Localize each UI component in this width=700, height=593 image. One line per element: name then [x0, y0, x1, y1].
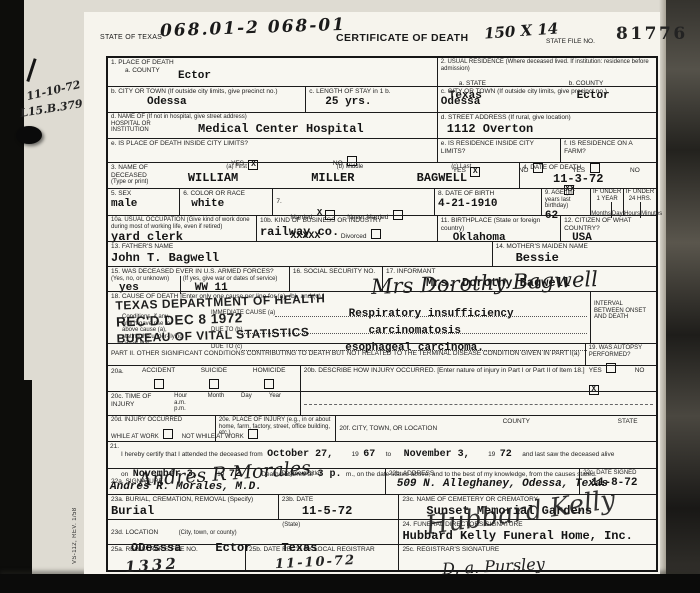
sex-cell: 5. SEX male [108, 189, 179, 215]
state-of-texas-label: STATE OF TEXAS [100, 34, 162, 41]
ssn-cell: 16. SOCIAL SECURITY NO. [289, 267, 382, 291]
informant-cell: 17. INFORMANT Mrs. Dorothy Bagwell Mrs D… [382, 267, 656, 291]
part2-label: PART II. OTHER SIGNIFICANT CONDITIONS CO… [111, 350, 582, 358]
row-city: b. CITY OR TOWN (If outside city limits,… [108, 86, 656, 112]
date-signed-value: 11-8-72 [591, 477, 653, 489]
last-name-value: BAGWELL [417, 171, 516, 185]
physician-typed-name: Andres R. Morales, M.D. [110, 481, 262, 493]
injury-location-cell: 20f. CITY, TOWN, OR LOCATION COUNTY STAT… [335, 416, 656, 441]
residence-city-value: Odessa [441, 96, 653, 108]
row-burial: 23a. BURIAL, CREMATION, REMOVAL (Specify… [108, 494, 656, 519]
form-number: VS-112, REV. 1/58 [72, 478, 78, 564]
race-cell: 6. COLOR OR RACE white [179, 189, 272, 215]
sex-value: male [111, 198, 176, 210]
homicide-checkbox [264, 379, 274, 389]
cemetery-value: Sunset Memorial Gardens [426, 504, 653, 518]
usual-residence-cell: 2. USUAL RESIDENCE (Where deceased lived… [437, 58, 656, 86]
ssn-label: 16. SOCIAL SECURITY NO. [293, 268, 379, 276]
race-value: white [191, 198, 269, 210]
row-20d-20f: 20d. INJURY OCCURRED WHILE AT WORK NOT W… [108, 415, 656, 441]
row-part2-autopsy: PART II. OTHER SIGNIFICANT CONDITIONS CO… [108, 343, 656, 365]
autopsy-cell: 19. WAS AUTOPSY PERFORMED? YES NO X [585, 344, 656, 365]
registrar-date-value: 11-10-72 [275, 550, 396, 571]
race-label: 6. COLOR OR RACE [183, 190, 269, 198]
scan-black-edge-bottom [0, 574, 700, 593]
address-label: 22b. ADDRESS [389, 470, 577, 478]
first-name-value: WILLIAM [188, 171, 293, 185]
row-name: 3. NAME OF DECEASED (Type or print) (a) … [108, 162, 656, 188]
length-of-stay-cell: c. LENGTH OF STAY in 1 b. 25 yrs. [305, 87, 437, 112]
residence-city-limits-cell: e. IS RESIDENCE INSIDE CITY LIMITS? YES … [437, 139, 560, 162]
funeral-director-cell: 24. FUNERAL DIRECTORS SIGNATURE Hubbard … [398, 520, 656, 544]
industry-cell: 10b. KIND OF BUSINESS OR INDUSTRY railwa… [256, 216, 437, 241]
date-of-birth-label: 8. DATE OF BIRTH [438, 190, 538, 198]
burial-date-value: 11-5-72 [302, 504, 396, 518]
cemetery-label: 23c. NAME OF CEMETERY OR CREMATORY [402, 496, 653, 504]
row-military-informant: 15. WAS DECEASED EVER IN U.S. ARMED FORC… [108, 266, 656, 291]
burial-value: Burial [111, 504, 275, 518]
injury-20c-label: 20c. TIME OF INJURY [111, 393, 174, 414]
injury-20e-label: 20e. PLACE OF INJURY (e.g., in or about … [219, 417, 333, 437]
mother-name-label: 14. MOTHER'S MAIDEN NAME [496, 243, 653, 251]
registrar-signature-cell: 25c. REGISTRAR'S SIGNATURE D. a. Pursley [398, 545, 656, 570]
physician-signature-cell: 22a. SIGNATURE (Degree or title) Andres … [108, 469, 385, 494]
informant-value: Mrs. Dorothy Bagwell [426, 276, 653, 290]
date-of-death-label: 4. DATE OF DEATH [523, 164, 653, 172]
father-name-value: John T. Bagwell [111, 251, 489, 265]
attended-to-date: November 3, [404, 449, 470, 460]
physician-address-value: 509 N. Alleghaney, Odessa, Texas [397, 478, 577, 490]
year-label: Year [269, 393, 297, 414]
injury-county-label: COUNTY [503, 418, 530, 426]
injury-20b-label: 20b. DESCRIBE HOW INJURY OCCURRED. [Ente… [304, 367, 653, 375]
place-of-injury-cell: 20e. PLACE OF INJURY (e.g., in or about … [215, 416, 336, 441]
how-injury-occurred-cell: 20b. DESCRIBE HOW INJURY OCCURRED. [Ente… [300, 366, 656, 391]
burial-cell: 23a. BURIAL, CREMATION, REMOVAL (Specify… [108, 495, 278, 519]
age-cell: 9. AGE (In years last birthday) 62 [541, 189, 590, 215]
registrar-file-cell: 25a. REGISTRAR'S FILE NO. 1332 [108, 545, 245, 570]
residence-city-cell: c. CITY OR TOWN (If outside city limits,… [437, 87, 656, 112]
citizen-label: 12. CITIZEN OF WHAT COUNTRY? [564, 217, 653, 232]
death-city-limits-cell: e. IS PLACE OF DEATH INSIDE CITY LIMITS?… [108, 139, 437, 162]
injury-continuation-cell [300, 392, 656, 415]
death-city-limits-label: e. IS PLACE OF DEATH INSIDE CITY LIMITS? [111, 140, 434, 148]
while-at-work-checkbox [163, 429, 173, 439]
hospital-value: Medical Center Hospital [198, 122, 364, 136]
father-name-label: 13. FATHER'S NAME [111, 243, 489, 251]
armed-forces-cell: 15. WAS DECEASED EVER IN U.S. ARMED FORC… [108, 267, 289, 291]
name-of-deceased-label: 3. NAME OF DECEASED [111, 164, 180, 179]
punch-hole [16, 126, 42, 144]
occupation-label: 10a. USUAL OCCUPATION (Give kind of work… [111, 217, 253, 230]
burial-date-cell: 23b. DATE 11-5-72 [278, 495, 399, 519]
blank-answer-line [304, 403, 653, 405]
usual-residence-label: 2. USUAL RESIDENCE (Where deceased lived… [441, 59, 653, 72]
under-1-year-label: IF UNDER 1 YEAR [591, 189, 623, 202]
age-label: 9. AGE (In years last birthday) [545, 190, 587, 210]
row-physician: 22a. SIGNATURE (Degree or title) Andres … [108, 468, 656, 494]
row-parents: 13. FATHER'S NAME John T. Bagwell 14. MO… [108, 241, 656, 266]
informant-label: 17. INFORMANT [386, 268, 653, 276]
row-20c: 20c. TIME OF INJURY Hour a.m. p.m. Month… [108, 391, 656, 415]
length-of-stay-value: 25 yrs. [325, 96, 434, 108]
occupation-cell: 10a. USUAL OCCUPATION (Give kind of work… [108, 216, 256, 241]
form-table: 1. PLACE OF DEATH a. COUNTY Ector 2. USU… [106, 56, 658, 572]
homicide-label: HOMICIDE [242, 367, 297, 375]
county-value: Ector [178, 70, 211, 82]
attended-from-year: 67 [363, 449, 375, 460]
length-of-stay-label: c. LENGTH OF STAY in 1 b. [309, 88, 434, 96]
row-city-limits: e. IS PLACE OF DEATH INSIDE CITY LIMITS?… [108, 138, 656, 162]
interval-label: INTERVAL BETWEEN ONSET AND DEATH [594, 301, 653, 321]
received-stamp: TEXAS DEPARTMENT OF HEALTH REC'D DEC 8 1… [115, 291, 326, 345]
cause-of-death-cell: 18. CAUSE OF DEATH [Enter only one cause… [108, 292, 590, 343]
county-label: a. COUNTY [125, 67, 434, 75]
date-of-birth-value: 4-21-1910 [438, 198, 538, 210]
death-city-cell: b. CITY OR TOWN (If outside city limits,… [108, 87, 305, 112]
degree-or-title-label: (Degree or title) [280, 471, 322, 478]
form-header: STATE OF TEXAS 068.01-2 068-01 CERTIFICA… [84, 12, 660, 56]
row-sex-race: 5. SEX male 6. COLOR OR RACE white 7. Ma… [108, 188, 656, 215]
street-address-label: d. STREET ADDRESS (If rural, give locati… [441, 114, 653, 122]
death-city-label: b. CITY OR TOWN (If outside city limits,… [111, 88, 302, 96]
paper-edge-shadow [659, 0, 666, 578]
scanned-death-certificate: 11-10-72 L15.B.379 TEXAS DEPARTMENT OF H… [0, 0, 700, 593]
mother-name-value: Bessie [516, 251, 653, 265]
place-of-death-label: 1. PLACE OF DEATH [111, 59, 434, 67]
certification-cell: 21. I hereby certify that I attended the… [108, 442, 656, 468]
suicide-checkbox [209, 379, 219, 389]
injury-state-label: STATE [618, 418, 638, 426]
autopsy-label: 19. WAS AUTOPSY PERFORMED? [589, 345, 653, 358]
row-hospital: d. NAME OF (If not in hospital, give str… [108, 112, 656, 138]
row-cause-of-death: 18. CAUSE OF DEATH [Enter only one cause… [108, 291, 656, 343]
burial-label: 23a. BURIAL, CREMATION, REMOVAL (Specify… [111, 496, 275, 504]
street-address-value: 1112 Overton [447, 122, 653, 136]
row-certification: 21. I hereby certify that I attended the… [108, 441, 656, 468]
handwritten-district-codes: 068.01-2 068-01 [160, 15, 347, 41]
interval-cell: INTERVAL BETWEEN ONSET AND DEATH [590, 292, 656, 343]
row-location-funeral: 23d. LOCATION (City, town, or county) (S… [108, 519, 656, 544]
armed-forces-label: 15. WAS DECEASED EVER IN U.S. ARMED FORC… [111, 268, 286, 276]
funeral-home-value: Hubbard Kelly Funeral Home, Inc. [402, 529, 653, 543]
date-signed-cell: 22c. DATE SIGNED 11-8-72 [579, 469, 656, 494]
accident-checkbox [154, 379, 164, 389]
physician-address-cell: 22b. ADDRESS 509 N. Alleghaney, Odessa, … [385, 469, 580, 494]
injury-occurred-cell: 20d. INJURY OCCURRED WHILE AT WORK NOT W… [108, 416, 215, 441]
row-registrar: 25a. REGISTRAR'S FILE NO. 1332 25b. DATE… [108, 544, 656, 570]
certificate-title: CERTIFICATE OF DEATH [336, 32, 468, 44]
sex-label: 5. SEX [111, 190, 176, 198]
birthplace-label: 11. BIRTHPLACE (State or foreign country… [441, 217, 557, 232]
row-place-residence: 1. PLACE OF DEATH a. COUNTY Ector 2. USU… [108, 58, 656, 86]
registrar-date-cell: 25b. DATE REC'D BY LOCAL REGISTRAR 11-10… [245, 545, 398, 570]
due-to-b-value: carcinomatosis [369, 325, 461, 337]
burial-date-label: 23b. DATE [282, 496, 396, 504]
row-occupation: 10a. USUAL OCCUPATION (Give kind of work… [108, 215, 656, 241]
residence-city-label: c. CITY OR TOWN (If outside city limits,… [441, 88, 653, 96]
middle-name-value: MILLER [311, 171, 406, 185]
funeral-director-label: 24. FUNERAL DIRECTORS SIGNATURE [402, 521, 653, 529]
time-of-injury-cell: 20c. TIME OF INJURY Hour a.m. p.m. Month… [108, 392, 300, 415]
suicide-label: SUICIDE [186, 367, 241, 375]
certificate-form: STATE OF TEXAS 068.01-2 068-01 CERTIFICA… [84, 12, 660, 574]
marital-label: 7. [276, 198, 281, 205]
industry-value: railway co. [260, 225, 434, 239]
if-under-24-hrs-cell: IF UNDER 24 HRS. Hours Minutes [623, 189, 656, 215]
deceased-name-cell: 3. NAME OF DECEASED (Type or print) (a) … [108, 163, 519, 188]
date-of-death-cell: 4. DATE OF DEATH 11-3-72 [519, 163, 656, 188]
injury-20d-label: 20d. INJURY OCCURRED [111, 417, 212, 424]
accident-label: ACCIDENT [131, 367, 186, 375]
injury-20a-label: 20a. [111, 368, 124, 376]
part2-cell: PART II. OTHER SIGNIFICANT CONDITIONS CO… [108, 344, 585, 365]
month-label: Month [208, 393, 241, 414]
burial-location-cell: 23d. LOCATION (City, town, or county) (S… [108, 520, 398, 544]
father-name-cell: 13. FATHER'S NAME John T. Bagwell [108, 242, 492, 266]
accident-suicide-homicide-cell: 20a. ACCIDENT SUICIDE HOMICIDE [108, 366, 300, 391]
attended-from-date: October 27, [267, 449, 333, 460]
marital-status-cell: 7. Married X Never Married XXXXX Divorce… [272, 189, 434, 215]
date-of-birth-cell: 8. DATE OF BIRTH 4-21-1910 [434, 189, 541, 215]
state-file-number: 81776 [616, 24, 688, 44]
hospital-cell: d. NAME OF (If not in hospital, give str… [108, 113, 437, 138]
death-city-value: Odessa [147, 96, 302, 108]
cemetery-cell: 23c. NAME OF CEMETERY OR CREMATORY Sunse… [398, 495, 656, 519]
industry-label: 10b. KIND OF BUSINESS OR INDUSTRY [260, 217, 434, 225]
if-under-1-year-cell: IF UNDER 1 YEAR Months Days [590, 189, 623, 215]
row-20a-20b: 20a. ACCIDENT SUICIDE HOMICIDE [108, 365, 656, 391]
attended-to-year: 72 [500, 449, 512, 460]
immediate-cause-value: Respiratory insufficiency [349, 308, 514, 320]
mother-name-cell: 14. MOTHER'S MAIDEN NAME Bessie [492, 242, 656, 266]
margin-pen-mark [26, 58, 36, 82]
citizen-cell: 12. CITIZEN OF WHAT COUNTRY? USA [560, 216, 656, 241]
residence-farm-label: f. IS RESIDENCE ON A FARM? [564, 140, 653, 155]
certification-num: 21. [110, 443, 119, 451]
location-label: 23d. LOCATION [111, 529, 158, 536]
place-of-death-cell: 1. PLACE OF DEATH a. COUNTY Ector [108, 58, 437, 86]
injury-20f-label: 20f. CITY, TOWN, OR LOCATION [339, 425, 437, 432]
street-address-cell: d. STREET ADDRESS (If rural, give locati… [437, 113, 656, 138]
residence-farm-cell: f. IS RESIDENCE ON A FARM? YES NO XX [560, 139, 656, 162]
registrar-signature-label: 25c. REGISTRAR'S SIGNATURE [402, 546, 653, 554]
day-label: Day [241, 393, 269, 414]
scan-dark-edge-right [666, 0, 700, 578]
birthplace-cell: 11. BIRTHPLACE (State or foreign country… [437, 216, 560, 241]
date-of-death-value: 11-3-72 [553, 172, 653, 186]
scan-black-edge-left [0, 0, 24, 593]
residence-city-limits-label: e. IS RESIDENCE INSIDE CITY LIMITS? [441, 140, 557, 155]
state-file-no-label: STATE FILE NO. [546, 38, 595, 45]
under-24-hrs-label: IF UNDER 24 HRS. [624, 189, 656, 202]
